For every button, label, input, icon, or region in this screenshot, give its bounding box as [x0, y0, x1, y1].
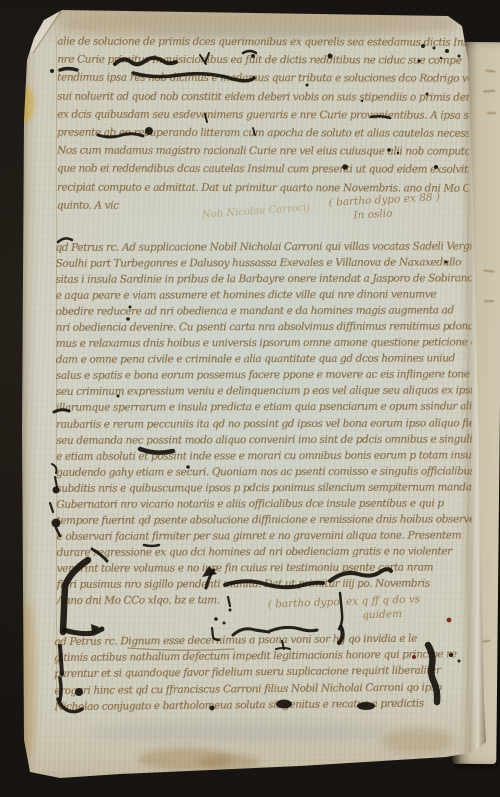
- manuscript-line: seu demanda nec possint modo aliquo conv…: [56, 431, 472, 448]
- manuscript-line: Nicholao conjugato e bartholomeua soluta…: [54, 695, 476, 715]
- bleed-mark: [484, 300, 494, 302]
- manuscript-line: fieri pusimus nro sigillo pendenti munit…: [57, 575, 473, 592]
- manuscript-line: sui noluerit ad quod nob constitit eidem…: [57, 87, 469, 106]
- page-left-edge-shading: [22, 10, 38, 776]
- manuscript-line: dam e omne pena civile e criminale e ali…: [56, 351, 472, 368]
- manuscript-line: venerint tolere volumus e no iure fin cu…: [56, 559, 472, 576]
- yellow-stain: [16, 86, 34, 122]
- manuscript-line: e aqua peare e viam assumere et homines …: [56, 286, 472, 303]
- manuscript-page: alie de solucione de primis dces querimo…: [0, 0, 500, 797]
- manuscript-line: alie de solucione de primis dces querimo…: [57, 32, 469, 51]
- manuscript-line: Gubernatori nro vicario notariis e aliis…: [56, 495, 472, 512]
- manuscript-line: nri obediencia devenire. Cu psenti carta…: [56, 319, 472, 336]
- bottom-stain: [382, 728, 454, 754]
- manuscript-line: tendimus ipsa res nob dicimus e madamus …: [57, 69, 469, 88]
- manuscript-line: subditis nris e quibuscumque ipsos p pdc…: [56, 479, 472, 496]
- chancery-note-line: quidem: [362, 607, 421, 621]
- bottom-stain: [198, 754, 260, 770]
- manuscript-line: e observari faciant firmiter per sua gim…: [56, 527, 472, 544]
- manuscript-line: tempore fuerint qd psente absolucione di…: [56, 511, 472, 528]
- paragraph-1: alie de solucione de primis dces querimo…: [57, 32, 469, 215]
- chancery-note-2: ( bartho dypo. ex q ff q do vs quidem: [268, 593, 421, 624]
- manuscript-line: ex dcis quibusdam seu esdevenimens guera…: [57, 105, 469, 124]
- bottom-stain: [138, 748, 233, 770]
- bleed-through-smudge: [90, 722, 390, 742]
- manuscript-line: qd Petrus rc. Ad supplicacione Nobil Nic…: [55, 238, 471, 255]
- manuscript-line: salus e spatis e bona eorum possemus fac…: [56, 367, 472, 384]
- photo-background: alie de solucione de primis dces querimo…: [0, 0, 500, 797]
- paragraph-2: qd Petrus rc. Ad supplicacione Nobil Nic…: [55, 238, 472, 609]
- chancery-note-line: In oslio: [353, 205, 441, 222]
- manuscript-line: durare regressione ex quo dci homines ad…: [56, 543, 472, 560]
- bleed-mark: [483, 270, 494, 273]
- manuscript-line: illarumque sperrarum e insula predicta e…: [56, 399, 472, 416]
- manuscript-line: presente ab eo recuperando litteram cum …: [57, 123, 469, 142]
- manuscript-line: que nob ei reddendibus dcas cautelas Ins…: [57, 160, 469, 179]
- bleed-mark: [485, 69, 495, 72]
- manuscript-line: e etiam absoluti et possint inde esse e …: [56, 447, 472, 464]
- manuscript-line: gaudendo gahy etiam e securi. Quoniam no…: [56, 463, 472, 480]
- manuscript-line: mus e relaxamus dnis hoibus e universis …: [56, 335, 472, 352]
- manuscript-line: sitas i insula Sardinie in pribus de la …: [55, 270, 471, 287]
- manuscript-line: raubariis e rerum peccuniis ita qd no po…: [56, 415, 472, 432]
- bleed-mark: [487, 112, 496, 114]
- manuscript-line: Soulhi part Turbegonres e Dalusoy hussas…: [55, 254, 471, 271]
- tan-stain: [18, 600, 36, 760]
- paragraph-3: qd Petrus rc. Dignum esse decernimus a p…: [54, 630, 477, 715]
- chancery-note-1: ( bartho dypo ex 88 ) In oslio: [328, 191, 441, 223]
- manuscript-line: nre Curie primitus Inquisicionibus ea fu…: [57, 51, 469, 70]
- bleed-mark: [481, 640, 490, 643]
- manuscript-line: Nos cum madamus magistro racionali Curie…: [57, 142, 469, 161]
- bleed-mark: [483, 90, 495, 93]
- manuscript-line: seu criminum expressium veniu e delinque…: [56, 383, 472, 400]
- manuscript-line: obedire reducere ad nri obedienca e mand…: [56, 302, 472, 319]
